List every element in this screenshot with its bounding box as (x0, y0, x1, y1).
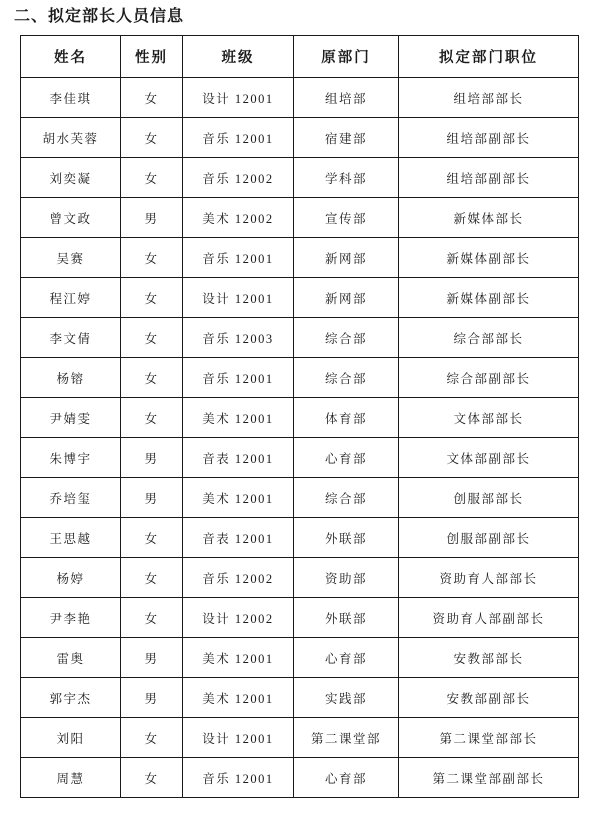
cell-gender: 女 (121, 398, 183, 438)
cell-gender: 女 (121, 518, 183, 558)
cell-name: 刘奕凝 (21, 158, 121, 198)
cell-class: 音表 12001 (183, 518, 294, 558)
cell-name: 李佳琪 (21, 78, 121, 118)
cell-gender: 女 (121, 158, 183, 198)
cell-name: 王思越 (21, 518, 121, 558)
cell-gender: 女 (121, 558, 183, 598)
cell-name: 吴赛 (21, 238, 121, 278)
cell-gender: 男 (121, 198, 183, 238)
cell-class: 音乐 12001 (183, 358, 294, 398)
cell-gender: 男 (121, 638, 183, 678)
cell-name: 郭宇杰 (21, 678, 121, 718)
table-row: 雷奥男美术 12001心育部安教部部长 (21, 638, 579, 678)
cell-original-department: 实践部 (294, 678, 399, 718)
cell-class: 美术 12001 (183, 398, 294, 438)
cell-gender: 女 (121, 318, 183, 358)
cell-original-department: 外联部 (294, 518, 399, 558)
cell-name: 尹婧雯 (21, 398, 121, 438)
cell-class: 音乐 12003 (183, 318, 294, 358)
cell-name: 尹李艳 (21, 598, 121, 638)
cell-name: 朱博宇 (21, 438, 121, 478)
cell-gender: 女 (121, 758, 183, 798)
table-header: 姓名性别班级原部门拟定部门职位 (21, 36, 579, 78)
cell-class: 美术 12001 (183, 678, 294, 718)
cell-original-department: 宿建部 (294, 118, 399, 158)
cell-original-department: 组培部 (294, 78, 399, 118)
cell-proposed-position: 新媒体部长 (399, 198, 579, 238)
table-row: 刘阳女设计 12001第二课堂部第二课堂部部长 (21, 718, 579, 758)
cell-class: 音乐 12001 (183, 118, 294, 158)
cell-name: 乔培玺 (21, 478, 121, 518)
cell-original-department: 新网部 (294, 278, 399, 318)
cell-original-department: 学科部 (294, 158, 399, 198)
table-row: 曾文政男美术 12002宣传部新媒体部长 (21, 198, 579, 238)
cell-proposed-position: 创服部副部长 (399, 518, 579, 558)
cell-class: 美术 12002 (183, 198, 294, 238)
cell-proposed-position: 安教部部长 (399, 638, 579, 678)
column-header-original-department: 原部门 (294, 36, 399, 78)
cell-name: 刘阳 (21, 718, 121, 758)
cell-gender: 女 (121, 358, 183, 398)
table-row: 朱博宇男音表 12001心育部文体部副部长 (21, 438, 579, 478)
table-row: 郭宇杰男美术 12001实践部安教部副部长 (21, 678, 579, 718)
cell-proposed-position: 新媒体副部长 (399, 238, 579, 278)
cell-gender: 男 (121, 678, 183, 718)
cell-original-department: 体育部 (294, 398, 399, 438)
cell-original-department: 心育部 (294, 638, 399, 678)
table-row: 杨婷女音乐 12002资助部资助育人部部长 (21, 558, 579, 598)
cell-name: 程江婷 (21, 278, 121, 318)
cell-class: 音乐 12001 (183, 758, 294, 798)
cell-original-department: 综合部 (294, 358, 399, 398)
cell-gender: 女 (121, 78, 183, 118)
cell-class: 音表 12001 (183, 438, 294, 478)
cell-proposed-position: 组培部副部长 (399, 118, 579, 158)
table-row: 李文倩女音乐 12003综合部综合部部长 (21, 318, 579, 358)
cell-original-department: 新网部 (294, 238, 399, 278)
cell-class: 设计 12001 (183, 78, 294, 118)
cell-proposed-position: 文体部部长 (399, 398, 579, 438)
cell-proposed-position: 综合部部长 (399, 318, 579, 358)
cell-original-department: 心育部 (294, 438, 399, 478)
cell-proposed-position: 资助育人部部长 (399, 558, 579, 598)
cell-name: 胡水芙蓉 (21, 118, 121, 158)
cell-gender: 女 (121, 118, 183, 158)
table-row: 吴赛女音乐 12001新网部新媒体副部长 (21, 238, 579, 278)
cell-gender: 男 (121, 438, 183, 478)
cell-proposed-position: 第二课堂部副部长 (399, 758, 579, 798)
cell-gender: 男 (121, 478, 183, 518)
cell-proposed-position: 创服部部长 (399, 478, 579, 518)
cell-class: 音乐 12002 (183, 558, 294, 598)
table-row: 乔培玺男美术 12001综合部创服部部长 (21, 478, 579, 518)
cell-original-department: 资助部 (294, 558, 399, 598)
header-row: 姓名性别班级原部门拟定部门职位 (21, 36, 579, 78)
table-row: 周慧女音乐 12001心育部第二课堂部副部长 (21, 758, 579, 798)
cell-class: 美术 12001 (183, 638, 294, 678)
cell-name: 杨婷 (21, 558, 121, 598)
cell-name: 李文倩 (21, 318, 121, 358)
cell-class: 设计 12001 (183, 718, 294, 758)
cell-name: 雷奥 (21, 638, 121, 678)
cell-original-department: 综合部 (294, 478, 399, 518)
cell-name: 曾文政 (21, 198, 121, 238)
cell-proposed-position: 第二课堂部部长 (399, 718, 579, 758)
personnel-table: 姓名性别班级原部门拟定部门职位 李佳琪女设计 12001组培部组培部部长胡水芙蓉… (20, 35, 579, 798)
table-body: 李佳琪女设计 12001组培部组培部部长胡水芙蓉女音乐 12001宿建部组培部副… (21, 78, 579, 798)
cell-name: 周慧 (21, 758, 121, 798)
cell-original-department: 外联部 (294, 598, 399, 638)
cell-gender: 女 (121, 278, 183, 318)
table-row: 尹李艳女设计 12002外联部资助育人部副部长 (21, 598, 579, 638)
cell-original-department: 第二课堂部 (294, 718, 399, 758)
table-row: 刘奕凝女音乐 12002学科部组培部副部长 (21, 158, 579, 198)
table-row: 王思越女音表 12001外联部创服部副部长 (21, 518, 579, 558)
cell-gender: 女 (121, 238, 183, 278)
table-row: 杨镕女音乐 12001综合部综合部副部长 (21, 358, 579, 398)
cell-gender: 女 (121, 718, 183, 758)
column-header-name: 姓名 (21, 36, 121, 78)
cell-original-department: 综合部 (294, 318, 399, 358)
cell-class: 设计 12001 (183, 278, 294, 318)
column-header-gender: 性别 (121, 36, 183, 78)
cell-proposed-position: 资助育人部副部长 (399, 598, 579, 638)
table-row: 李佳琪女设计 12001组培部组培部部长 (21, 78, 579, 118)
table-row: 尹婧雯女美术 12001体育部文体部部长 (21, 398, 579, 438)
table-row: 胡水芙蓉女音乐 12001宿建部组培部副部长 (21, 118, 579, 158)
cell-proposed-position: 新媒体副部长 (399, 278, 579, 318)
section-title: 二、拟定部长人员信息 (14, 7, 592, 27)
cell-proposed-position: 文体部副部长 (399, 438, 579, 478)
column-header-proposed-position: 拟定部门职位 (399, 36, 579, 78)
table-row: 程江婷女设计 12001新网部新媒体副部长 (21, 278, 579, 318)
cell-original-department: 心育部 (294, 758, 399, 798)
cell-proposed-position: 组培部部长 (399, 78, 579, 118)
cell-class: 美术 12001 (183, 478, 294, 518)
cell-name: 杨镕 (21, 358, 121, 398)
cell-class: 设计 12002 (183, 598, 294, 638)
cell-class: 音乐 12001 (183, 238, 294, 278)
cell-gender: 女 (121, 598, 183, 638)
cell-original-department: 宣传部 (294, 198, 399, 238)
cell-proposed-position: 综合部副部长 (399, 358, 579, 398)
cell-proposed-position: 组培部副部长 (399, 158, 579, 198)
column-header-class: 班级 (183, 36, 294, 78)
cell-proposed-position: 安教部副部长 (399, 678, 579, 718)
cell-class: 音乐 12002 (183, 158, 294, 198)
